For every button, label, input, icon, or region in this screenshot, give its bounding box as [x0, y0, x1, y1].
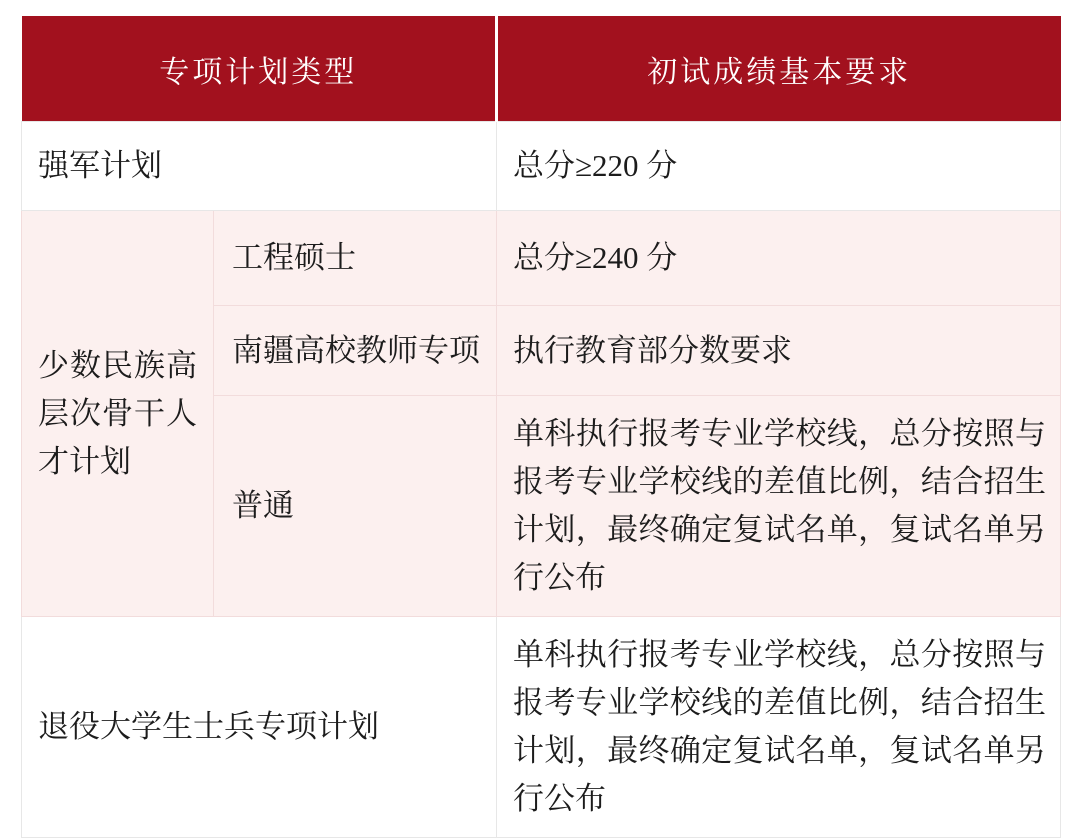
cell-minority-sub-engineering: 工程硕士 — [214, 211, 497, 306]
cell-minority-sub-nanjiang: 南疆高校教师专项 — [214, 306, 497, 396]
table-row: 少数民族高层次骨干人才计划 工程硕士 总分≥240 分 — [22, 211, 1061, 306]
table-row: 强军计划 总分≥220 分 — [22, 122, 1061, 211]
cell-nanjiang-requirement: 执行教育部分数要求 — [497, 306, 1061, 396]
cell-qiangjun-requirement: 总分≥220 分 — [497, 122, 1061, 211]
table-header-row: 专项计划类型 初试成绩基本要求 — [22, 16, 1061, 122]
header-score-requirement: 初试成绩基本要求 — [497, 16, 1061, 122]
cell-engineering-requirement: 总分≥240 分 — [497, 211, 1061, 306]
table-row: 退役大学生士兵专项计划 单科执行报考专业学校线，总分按照与报考专业学校线的差值比… — [22, 617, 1061, 801]
cell-veteran-requirement: 单科执行报考专业学校线，总分按照与报考专业学校线的差值比例，结合招生计划，最终确… — [497, 617, 1061, 801]
cell-general-requirement: 单科执行报考专业学校线，总分按照与报考专业学校线的差值比例，结合招生计划，最终确… — [497, 396, 1061, 617]
admission-score-table-container: 专项计划类型 初试成绩基本要求 强军计划 总分≥220 分 少数民族高层次骨干人… — [21, 16, 1060, 800]
header-plan-type: 专项计划类型 — [22, 16, 497, 122]
cell-minority-plan: 少数民族高层次骨干人才计划 — [22, 211, 214, 617]
admission-score-table: 专项计划类型 初试成绩基本要求 强军计划 总分≥220 分 少数民族高层次骨干人… — [21, 16, 1061, 800]
cell-veteran-plan: 退役大学生士兵专项计划 — [22, 617, 497, 801]
cell-qiangjun-plan: 强军计划 — [22, 122, 497, 211]
cell-minority-sub-general: 普通 — [214, 396, 497, 617]
